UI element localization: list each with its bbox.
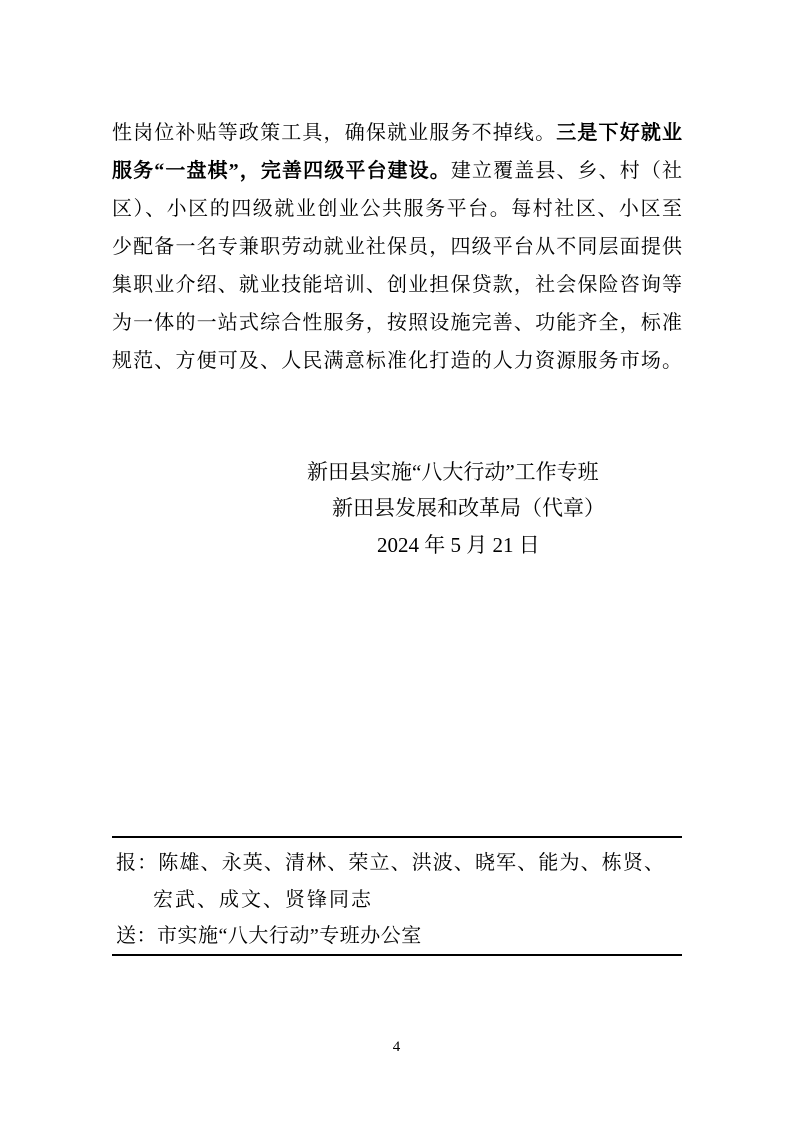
signature-date: 2024 年 5 月 21 日 [377, 532, 540, 559]
report-label: 报： [116, 852, 158, 874]
body-bold-segment: 三是下好就业 [556, 122, 682, 144]
send-target: 市实施“八大行动”专班办公室 [157, 925, 422, 947]
body-line: 区）、小区的四级就业创业公共服务平台。每村社区、小区至 [112, 190, 682, 228]
report-names-line1: 陈雄、永英、清林、荣立、洪波、晓军、能为、栋贤、 [158, 852, 664, 874]
body-text-segment: 性岗位补贴等政策工具，确保就业服务不掉线。 [112, 122, 556, 144]
document-page: 性岗位补贴等政策工具，确保就业服务不掉线。三是下好就业 服务“一盘棋”，完善四级… [0, 0, 793, 1122]
signature-workgroup: 新田县实施“八大行动”工作专班 [307, 459, 599, 486]
body-line: 为一体的一站式综合性服务，按照设施完善、功能齐全，标准 [112, 304, 682, 342]
body-line: 少配备一名专兼职劳动就业社保员，四级平台从不同层面提供 [112, 228, 682, 266]
report-names-line2: 宏武、成文、贤锋同志 [153, 887, 373, 914]
signature-agency: 新田县发展和改革局（代章） [332, 495, 605, 522]
body-text-segment: 建立覆盖县、乡、村（社 [451, 160, 682, 182]
body-paragraph: 性岗位补贴等政策工具，确保就业服务不掉线。三是下好就业 服务“一盘棋”，完善四级… [112, 114, 682, 380]
body-line: 规范、方便可及、人民满意标准化打造的人力资源服务市场。 [112, 342, 682, 380]
send-label: 送： [116, 925, 157, 947]
send-to-line: 送：市实施“八大行动”专班办公室 [116, 923, 422, 950]
body-line: 服务“一盘棋”，完善四级平台建设。建立覆盖县、乡、村（社 [112, 152, 682, 190]
footer-divider-top [112, 836, 682, 838]
page-number: 4 [0, 1038, 793, 1056]
footer-divider-bottom [112, 954, 682, 956]
report-to-line: 报：陈雄、永英、清林、荣立、洪波、晓军、能为、栋贤、 [116, 850, 664, 877]
body-line: 集职业介绍、就业技能培训、创业担保贷款，社会保险咨询等 [112, 266, 682, 304]
body-bold-segment: 服务“一盘棋”，完善四级平台建设。 [112, 160, 451, 182]
body-line: 性岗位补贴等政策工具，确保就业服务不掉线。三是下好就业 [112, 114, 682, 152]
